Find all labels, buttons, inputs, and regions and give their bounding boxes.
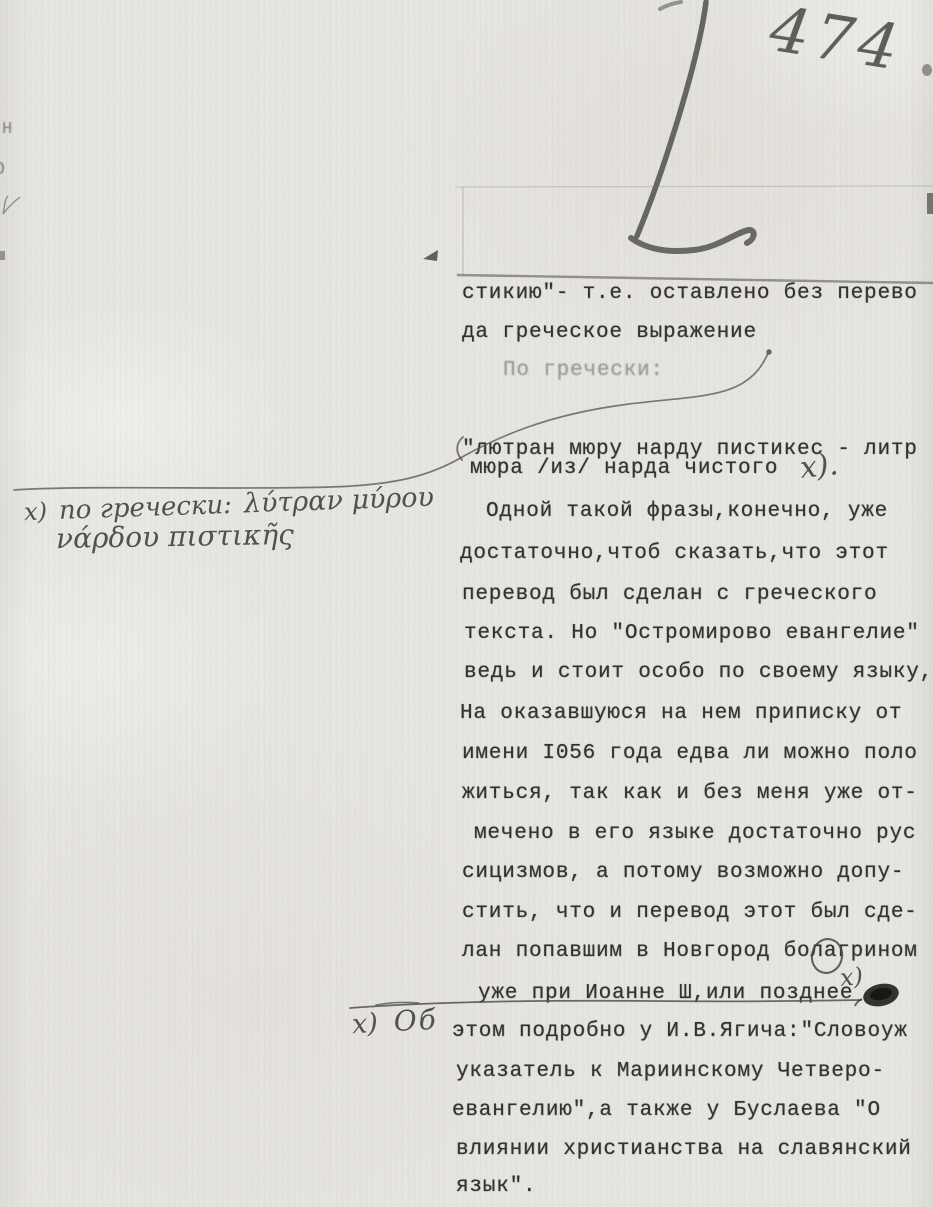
ghost-letter: Н [2, 120, 12, 139]
typed-footnote-line: влиянии христианства на славянский [456, 1139, 912, 1161]
footnote-reference-superscript: х) [839, 962, 864, 992]
typed-text-block: стикию"- т.е. оставлено без перево да гр… [0, 0, 933, 1207]
typed-line: лан попавшим в Новгород болагрином [462, 941, 918, 963]
footnote-reference-mark: х). [798, 447, 840, 486]
footnote-lead-word: Об [393, 1003, 439, 1038]
typed-line: перевод был сделан с греческого [462, 584, 877, 606]
typed-line: житься, так как и без меня уже от- [462, 783, 918, 805]
footnote-lead: х) Об [351, 1003, 438, 1040]
typed-line: По гречески: [503, 360, 664, 382]
typed-line: мечено в его языке достаточно рус [474, 823, 916, 845]
typed-line: Одной такой фразы,конечно, уже [486, 501, 888, 523]
typed-footnote-line: этом подробно у И.В.Ягича:"Словоуж [452, 1021, 908, 1043]
marginal-note-greek-line2: νάρδου πιστικῆς [56, 518, 294, 555]
marginal-note-greek: λύτραν μύρου [243, 482, 434, 520]
typed-line: ведь и стоит особо по своему языку, [464, 662, 933, 684]
ghost-letter: О [0, 160, 5, 180]
typed-footnote-line: язык". [456, 1176, 536, 1198]
typed-footnote-line: евангелию",а также у Буслаева "О [452, 1100, 881, 1122]
typed-footnote-line: указатель к Мариинскому Четверо- [456, 1061, 885, 1083]
typed-line: стить, что и перевод этот был сде- [462, 902, 918, 924]
typed-line: уже при Иоанне Ш,или позднее [478, 983, 853, 1005]
footnote-mark: х) [351, 1008, 378, 1040]
typed-quote-line: мюра /из/ нарда чистого [470, 458, 778, 480]
typed-line: стикию"- т.е. оставлено без перево [462, 283, 918, 305]
scanned-manuscript-page: стикию"- т.е. оставлено без перево да гр… [0, 0, 933, 1207]
typed-line: сицизмов, а потому возможно допу- [462, 862, 904, 884]
typed-line: На оказавшуюся на нем приписку от [460, 703, 902, 725]
typed-line: да греческое выражение [462, 322, 757, 344]
typed-line: имени I056 года едва ли можно поло [462, 743, 918, 765]
typed-line: текста. Но "Остромирово евангелие" [464, 623, 920, 645]
footnote-mark: х) [24, 497, 48, 526]
typed-line: достаточно,чтоб сказать,что этот [460, 543, 889, 565]
